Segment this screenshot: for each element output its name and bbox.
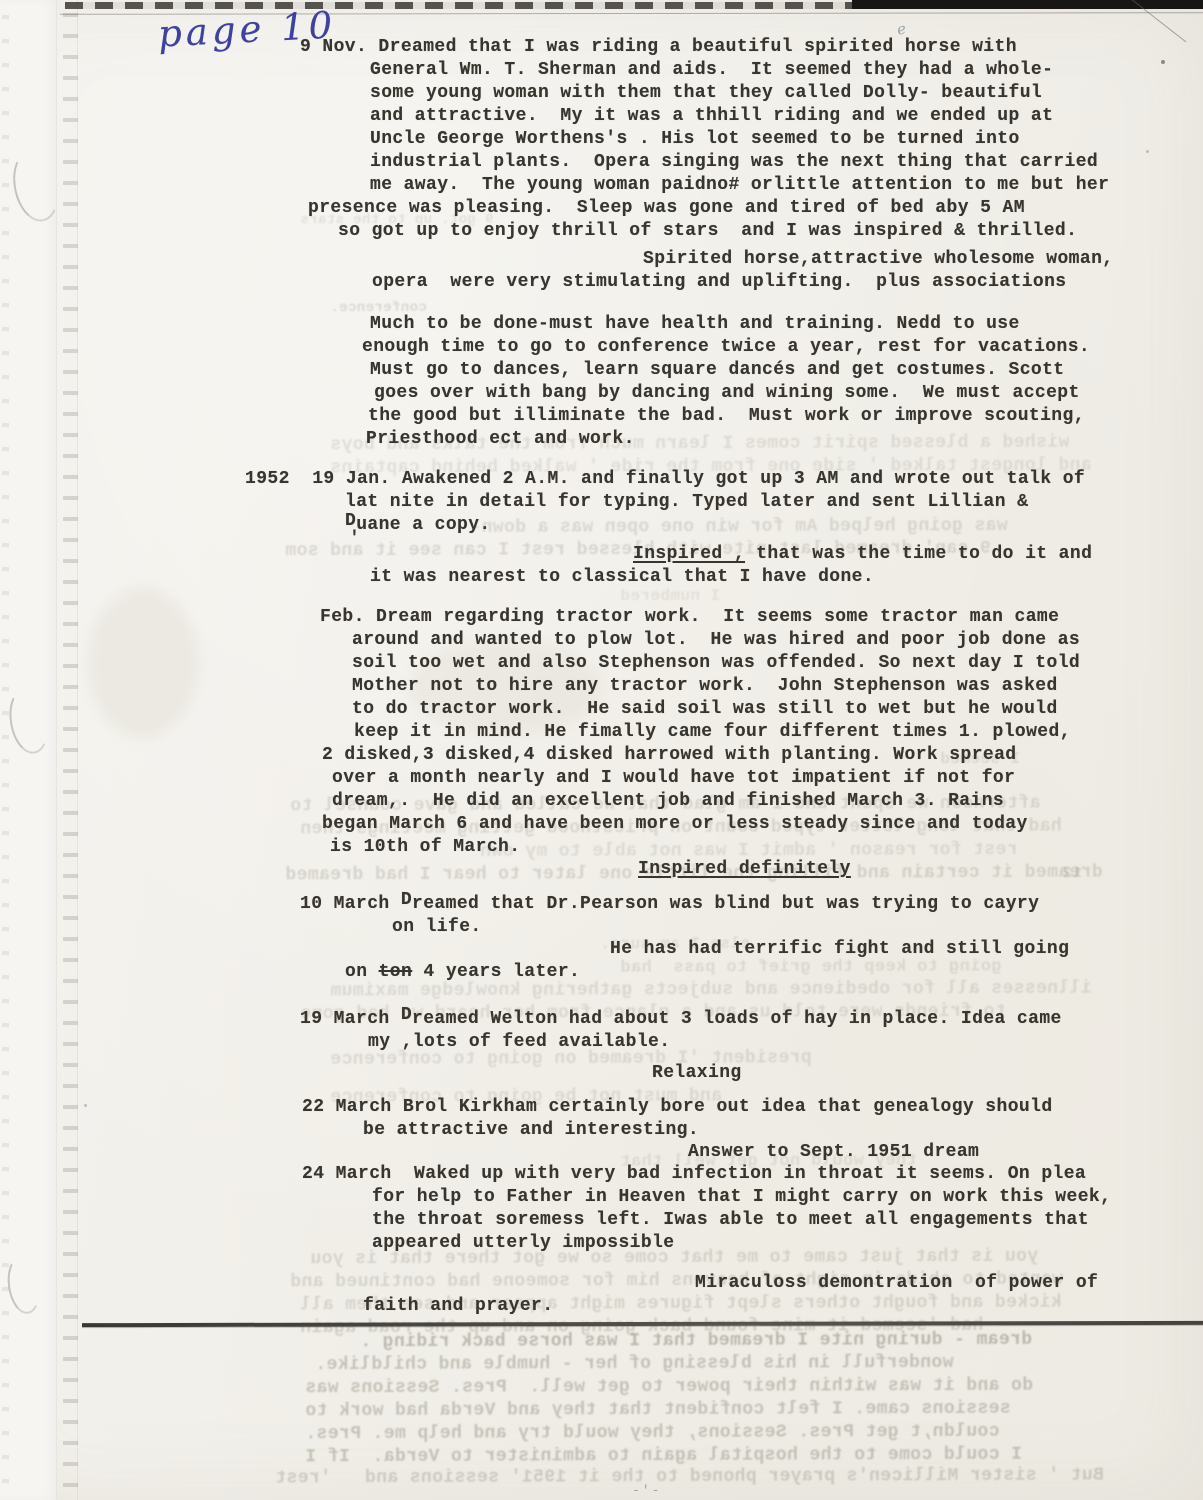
typed-line: Must go to dances, learn square dancés a… (370, 359, 1065, 382)
typed-line: the good but illiminate the bad. Must wo… (368, 405, 1085, 428)
bleedthrough-line: couldn,t get Pres. Sessions, they would … (305, 1421, 1000, 1446)
scan-edge-bar (852, 0, 1203, 9)
typed-line: began March 6 and have been more or less… (322, 813, 1028, 836)
typed-text-part: D (401, 1005, 412, 1025)
typed-line: goes over with bang by dancing and winin… (374, 382, 1080, 405)
typed-line: 10 March Dreamed that Dr.Pearson was bli… (300, 893, 1039, 916)
typed-line: to do tractor work. He said soil was sti… (352, 698, 1058, 721)
typed-text-part: ton (379, 962, 413, 982)
typed-line: me away. The young woman paidno# orlittl… (370, 174, 1109, 197)
typed-line: the throat soremess left. Iwas able to m… (372, 1209, 1089, 1232)
typed-line: Miraculoss demontration of power of (695, 1272, 1098, 1295)
typed-line: 1952 19 Jan. Awakened 2 A.M. and finally… (245, 468, 1085, 491)
typed-line: is 10th of March. (330, 836, 520, 859)
typed-line: Answer to Sept. 1951 dream (688, 1141, 979, 1164)
typed-line: 22 March Brol Kirkham certainly bore out… (302, 1096, 1053, 1119)
bleedthrough-line: But ' sister Millicen's prayer phoned to… (275, 1465, 1104, 1491)
bleedthrough-line: 12 (1062, 862, 1082, 885)
ink-speck (1146, 150, 1149, 153)
typed-line: lat nite in detail for typing. Typed lat… (345, 491, 1028, 514)
typed-line: over a month nearly and I would have tot… (332, 767, 1015, 790)
typed-line: keep it in mind. He fimally came four di… (354, 721, 1071, 744)
bleedthrough-line: sessions came. I felt confident that the… (305, 1398, 1011, 1423)
typed-text-part: Inspired , (633, 544, 745, 564)
binder-perforation-strip (63, 0, 78, 1500)
bleedthrough-line: wonderfull in his blessing of her - humb… (315, 1352, 954, 1377)
typed-line: some young woman with them that they cal… (370, 82, 1042, 105)
typed-line: it was nearest to classical that I have … (370, 566, 874, 589)
typed-line: on ton 4 years later. (345, 961, 580, 984)
typed-line: so got up to enjoy thrill of stars and I… (338, 220, 1077, 243)
ink-speck (84, 1104, 87, 1107)
typed-text-part: that was the time to do it and (745, 544, 1092, 564)
typed-line: 24 March Waked up with very bad infectio… (302, 1163, 1086, 1186)
typed-text-part: on (345, 962, 379, 982)
typed-line: enough time to go to conference twice a … (362, 336, 1090, 359)
typed-text-part: uane a copy. (356, 515, 490, 535)
typed-text-part: D (345, 511, 356, 531)
typed-line: 9 Nov. Dreamed that I was riding a beaut… (300, 36, 1017, 59)
bleedthrough-line: dream - during nite I dreamed that I was… (360, 1329, 1032, 1354)
typed-line: Mother not to hire any tractor work. Joh… (352, 675, 1058, 698)
typed-line: be attractive and interesting. (363, 1119, 699, 1142)
typed-line: opera were very stimulating and upliftin… (372, 271, 1067, 294)
page-bottom-mark: -'- (632, 1484, 661, 1498)
typed-line: Spirited horse,attractive wholesome woma… (643, 248, 1113, 271)
typed-line: faith and prayer. (363, 1295, 553, 1318)
typed-text-part: reamed Welton had about 3 loads of hay i… (412, 1009, 1062, 1029)
typed-line: soil too wet and also Stephenson was off… (352, 652, 1080, 675)
typed-line: Priesthood ect and work. (366, 428, 635, 451)
typed-line: He has had terrific fight and still goin… (610, 938, 1069, 961)
bleedthrough-line: was going helped Am for win one open was… (470, 515, 1008, 540)
typed-text-part: 4 years later. (412, 962, 580, 982)
typed-line: Inspired definitely (638, 858, 851, 881)
typed-line: on life. (392, 916, 482, 939)
typed-line: and attractive. My it was a thhill ridin… (370, 105, 1053, 128)
typed-line: industrial plants. Opera singing was the… (370, 151, 1098, 174)
typed-text-part: reamed that Dr.Pearson was blind but was… (412, 894, 1039, 914)
typed-line: Relaxing (652, 1062, 742, 1085)
typed-line: my ,lots of feed available. (368, 1031, 670, 1054)
typed-line: Feb. Dream regarding tractor work. It se… (320, 606, 1059, 629)
typed-line: Uncle George Worthens's . His lot seemed… (370, 128, 1020, 151)
typed-text-part: 19 March (300, 1009, 401, 1029)
typed-text-part: D (401, 890, 412, 910)
typed-line: appeared utterly impossible (372, 1232, 674, 1255)
typed-line: dream,. He did an excellent job and fini… (332, 790, 1004, 813)
typed-line: Inspired , that was the time to do it an… (633, 543, 1092, 566)
scanned-page: page 10 e ' 9 got. up to the starsconfer… (0, 0, 1203, 1500)
typed-line: for help to Father in Heaven that I migh… (372, 1186, 1111, 1209)
ink-speck (1161, 60, 1165, 64)
typed-text-part: 10 March (300, 894, 401, 914)
typed-line: Much to be done-must have health and tra… (370, 313, 1020, 336)
paper-stain (88, 588, 198, 738)
typed-line: 2 disked,3 disked,4 disked harrowed with… (322, 744, 1017, 767)
typed-text-part: Inspired definitely (638, 859, 851, 879)
typed-line: presence was pleasing. Sleep was gone an… (308, 197, 1025, 220)
typed-line: Duane a copy. (345, 514, 491, 537)
typed-line: General Wm. T. Sherman and aids. It seem… (370, 59, 1053, 82)
typed-line: 19 March Dreamed Welton had about 3 load… (300, 1008, 1062, 1031)
typed-line: around and wanted to plow lot. He was hi… (352, 629, 1080, 652)
bleedthrough-line: do and it was within their power to get … (305, 1375, 1033, 1401)
